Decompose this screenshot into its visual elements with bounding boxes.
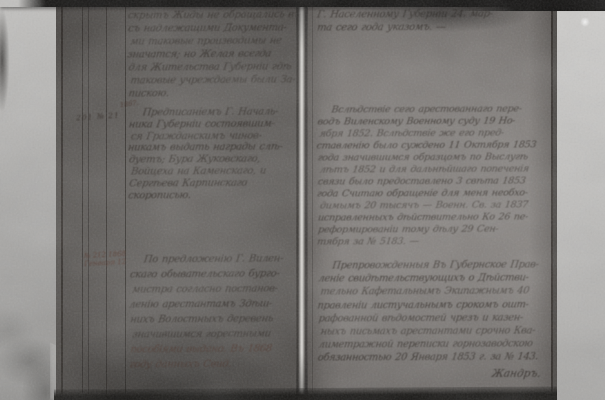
margin-rule [312,4,313,394]
handwriting-line: та сего года указомъ. — [316,21,551,35]
handwriting-line: тября за № 5183. — [316,235,552,248]
handwriting-line: нихъ Волостныхъ деревень [129,311,300,327]
clerk-signature: Жандръ. [491,368,542,380]
margin-rule [82,4,83,394]
handwriting-line: мистра согласно постанов- [131,281,300,297]
right-page: 20 Г. Населенному Губерніи 24. мар- та с… [308,4,553,400]
handwriting-line: году данныхъ Свид. [129,356,301,372]
margin-rule [125,4,126,394]
margin-note-number: 201 № 21 [76,110,120,122]
handwriting-line: Предписаніемъ Г. Началь- [128,106,299,119]
handwriting-line: скаго обывательскаго бурго- [129,266,300,282]
handwriting-line: тельно Кафетальнымъ Экипажнымъ 40 [320,285,553,299]
entry-paragraph: Вслѣдствіе сего арестованнаго пере- водъ… [317,103,551,248]
film-top-band [0,0,605,7]
entry-paragraph: Препровожденныя Въ Губернское Прав- лені… [317,258,551,365]
handwriting-line: правленіи листучальнымъ срокомъ ошт- [317,298,553,312]
handwriting-line: ника Губерніи состоявшим- [128,118,299,131]
margin-rule [88,4,89,394]
handwriting-line: обязанностью 20 Января 1853 г. за № 143. [317,351,553,365]
handwriting-line: пособіями выдано. Въ 1868 [129,341,300,357]
film-bottom-band [54,386,557,400]
margin-note-date: Генваря 12 [84,258,127,268]
handwriting-line: рафованной вѣдомостей чрезъ и казен- [318,311,553,325]
handwriting-line: По предложенію Г. Вилен- [129,251,300,267]
handwriting-line: скрытъ Жиды не обращались въ [127,8,298,22]
handwriting-line: значившимся горестными [131,326,300,342]
handwriting-line: Войцеха на Каменскаго, и [130,165,299,178]
handwriting-line: ленію арестантамъ Здѣш- [128,296,300,312]
margin-rule [106,4,107,394]
handwriting-line: пискою. [128,86,299,100]
handwriting-line: ми таковые производимы не [129,34,298,48]
handwriting-line: ныхъ письмахъ арестантами срочно Ква- [320,324,553,338]
handwriting-line: значатся; но Желая всегда [126,47,298,61]
entry-block: По предложенію Г. Вилен- скаго обыватель… [129,251,299,372]
handwriting-line: съ надлежащими Документа- [127,21,298,35]
margin-rule [61,4,63,394]
entry-block: скрытъ Жиды не обращались въ съ надлежащ… [127,8,297,100]
photo-right-edge [557,4,605,400]
handwriting-line: скорописью. [127,189,299,202]
handwriting-line: таковые учреждаемы были За- [130,73,299,87]
handwriting-line: для Жительства Губерніи гдѣ [127,60,298,74]
entry-block: Предписаніемъ Г. Началь- ника Губерніи с… [128,106,298,202]
photo-left-edge [0,0,56,400]
book-binding-fold [296,4,308,400]
page-header: Г. Населенному Губерніи 24. мар- та сего… [316,8,549,34]
handwriting-line: Сергѣева Карпинскаго [128,177,299,190]
margin-note-entry3: № 212 1868 Генваря 12 [84,250,127,268]
archival-ledger-photo: 1867. 201 № 21 № 212 1868 Генваря 12 скр… [0,0,605,400]
left-page: 1867. 201 № 21 № 212 1868 Генваря 12 скр… [56,4,296,400]
